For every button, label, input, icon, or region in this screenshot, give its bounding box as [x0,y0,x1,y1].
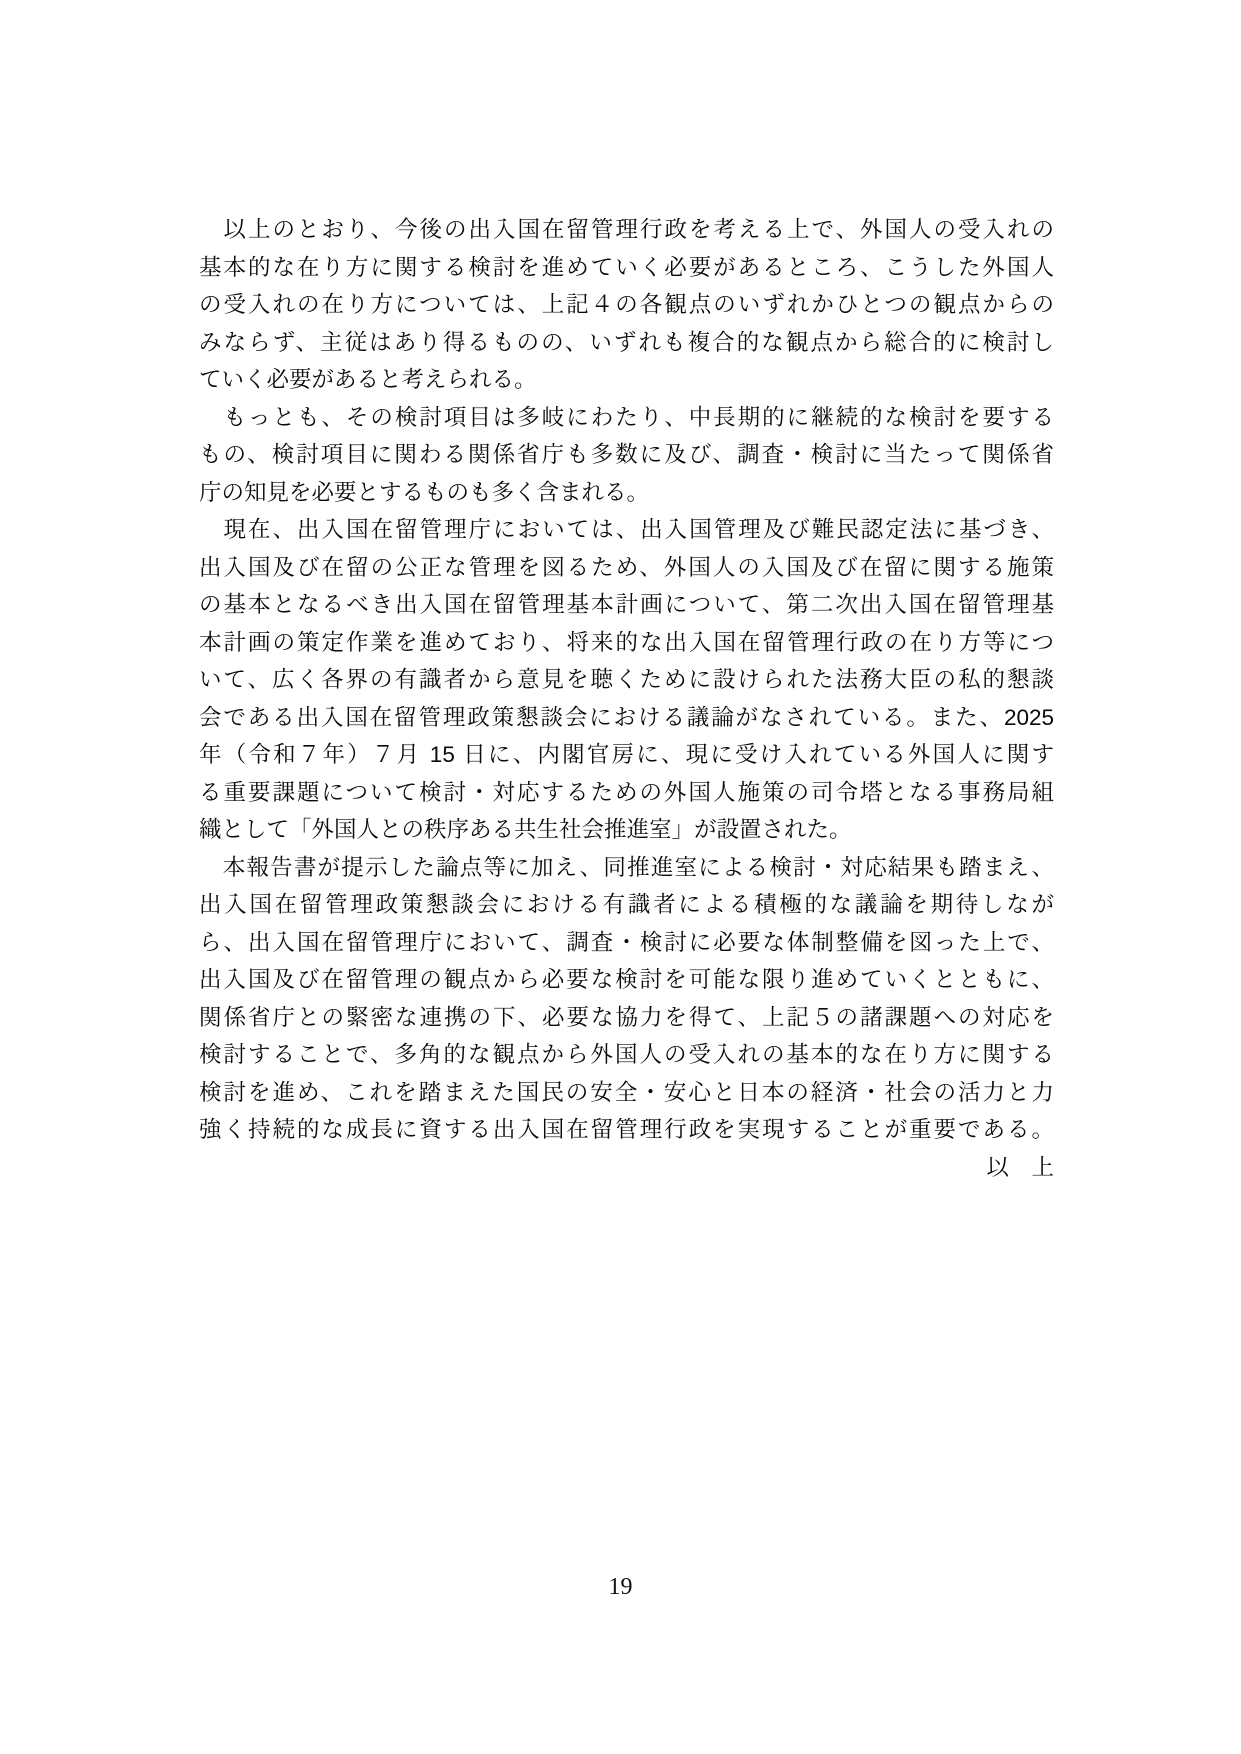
text-line: ていく必要があると考えられる。 [199,361,1054,399]
page-number: 19 [0,1572,1241,1602]
text-line: ら、出入国在留管理庁において、調査・検討に必要な体制整備を図った上で、 [199,924,1054,962]
text-line: 検討することで、多角的な観点から外国人の受入れの基本的な在り方に関する [199,1036,1054,1074]
text-line: 本計画の策定作業を進めており、将来的な出入国在留管理行政の在り方等につ [199,624,1054,662]
text-line: る重要課題について検討・対応するための外国人施策の司令塔となる事務局組 [199,774,1054,812]
text-line: 庁の知見を必要とするものも多く含まれる。 [199,474,1054,512]
text-line: の基本となるべき出入国在留管理基本計画について、第二次出入国在留管理基 [199,586,1054,624]
text-line: の受入れの在り方については、上記４の各観点のいずれかひとつの観点からの [199,286,1054,324]
text-line: いて、広く各界の有識者から意見を聴くために設けられた法務大臣の私的懇談 [199,661,1054,699]
text-line: みならず、主従はあり得るものの、いずれも複合的な観点から総合的に検討し [199,324,1054,362]
text-line: 会である出入国在留管理政策懇談会における議論がなされている。また、2025 [199,699,1054,737]
text-line: 出入国及び在留の公正な管理を図るため、外国人の入国及び在留に関する施策 [199,549,1054,587]
text-line: 以上のとおり、今後の出入国在留管理行政を考える上で、外国人の受入れの [199,211,1054,249]
text-line: もっとも、その検討項目は多岐にわたり、中長期的に継続的な検討を要する [199,399,1054,437]
text-line: 関係省庁との緊密な連携の下、必要な協力を得て、上記５の諸課題への対応を [199,999,1054,1037]
text-line: もの、検討項目に関わる関係省庁も多数に及び、調査・検討に当たって関係省 [199,436,1054,474]
document-page: 以上のとおり、今後の出入国在留管理行政を考える上で、外国人の受入れの基本的な在り… [0,0,1241,1754]
text-line: 以 上 [199,1149,1054,1187]
text-line: 織として「外国人との秩序ある共生社会推進室」が設置された。 [199,811,1054,849]
text-line: 出入国及び在留管理の観点から必要な検討を可能な限り進めていくとともに、 [199,961,1054,999]
text-line: 強く持続的な成長に資する出入国在留管理行政を実現することが重要である。 [199,1111,1054,1149]
text-line: 基本的な在り方に関する検討を進めていく必要があるところ、こうした外国人 [199,249,1054,287]
body-text: 以上のとおり、今後の出入国在留管理行政を考える上で、外国人の受入れの基本的な在り… [199,211,1054,1186]
text-line: 出入国在留管理政策懇談会における有識者による積極的な議論を期待しなが [199,886,1054,924]
text-line: 現在、出入国在留管理庁においては、出入国管理及び難民認定法に基づき、 [199,511,1054,549]
text-line: 検討を進め、これを踏まえた国民の安全・安心と日本の経済・社会の活力と力 [199,1074,1054,1112]
text-line: 年（令和７年）７月 15 日に、内閣官房に、現に受け入れている外国人に関す [199,736,1054,774]
text-line: 本報告書が提示した論点等に加え、同推進室による検討・対応結果も踏まえ、 [199,849,1054,887]
